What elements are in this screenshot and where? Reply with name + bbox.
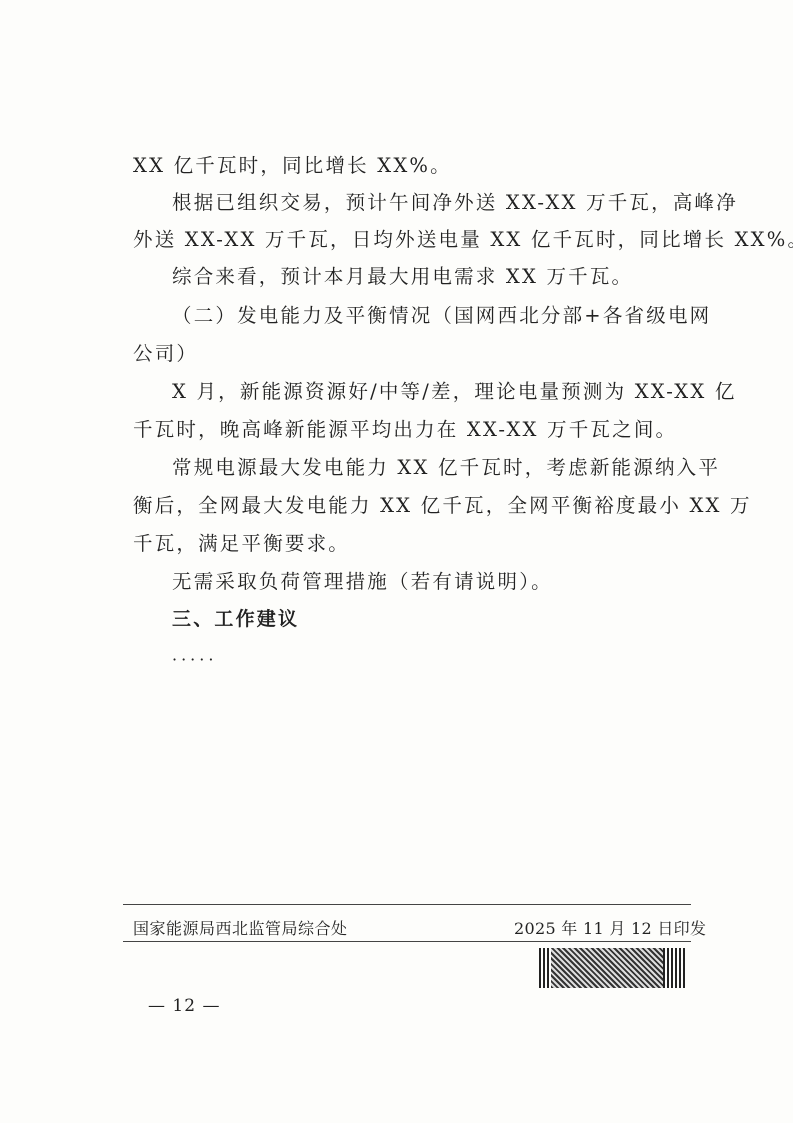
paragraph-line: X 月，新能源资源好/中等/差，理论电量预测为 XX-XX 亿 [172, 380, 727, 404]
barcode-icon [539, 948, 686, 988]
paragraph-line: 常规电源最大发电能力 XX 亿千瓦时，考虑新能源纳入平 [172, 456, 727, 480]
footer-top-rule [123, 904, 691, 905]
section-heading: 三、工作建议 [172, 607, 727, 631]
issue-date: 2025 年 11 月 12 日印发 [514, 916, 706, 939]
subsection-title-line: 公司） [133, 342, 688, 366]
paragraph-line: XX 亿千瓦时，同比增长 XX%。 [133, 154, 688, 178]
page-number: — 12 — [148, 996, 220, 1016]
footer-bottom-rule [123, 941, 691, 942]
paragraph-line: 千瓦，满足平衡要求。 [133, 532, 688, 556]
paragraph-line: 外送 XX-XX 万千瓦，日均外送电量 XX 亿千瓦时，同比增长 XX%。 [133, 228, 688, 252]
barcode-pattern [551, 948, 663, 988]
issuer-label: 国家能源局西北监管局综合处 [133, 916, 348, 939]
paragraph-line: 综合来看，预计本月最大用电需求 XX 万千瓦。 [172, 265, 727, 289]
paragraph-line: 根据已组织交易，预计午间净外送 XX-XX 万千瓦，高峰净 [172, 191, 727, 215]
paragraph-line: 无需采取负荷管理措施（若有请说明）。 [172, 570, 727, 594]
paragraph-line: 千瓦时，晚高峰新能源平均出力在 XX-XX 万千瓦之间。 [133, 418, 688, 442]
ellipsis: ····· [172, 648, 727, 672]
document-page: XX 亿千瓦时，同比增长 XX%。 根据已组织交易，预计午间净外送 XX-XX … [0, 0, 793, 1123]
subsection-title-line: （二）发电能力及平衡情况（国网西北分部+各省级电网 [172, 304, 727, 328]
paragraph-line: 衡后，全网最大发电能力 XX 亿千瓦，全网平衡裕度最小 XX 万 [133, 494, 688, 518]
